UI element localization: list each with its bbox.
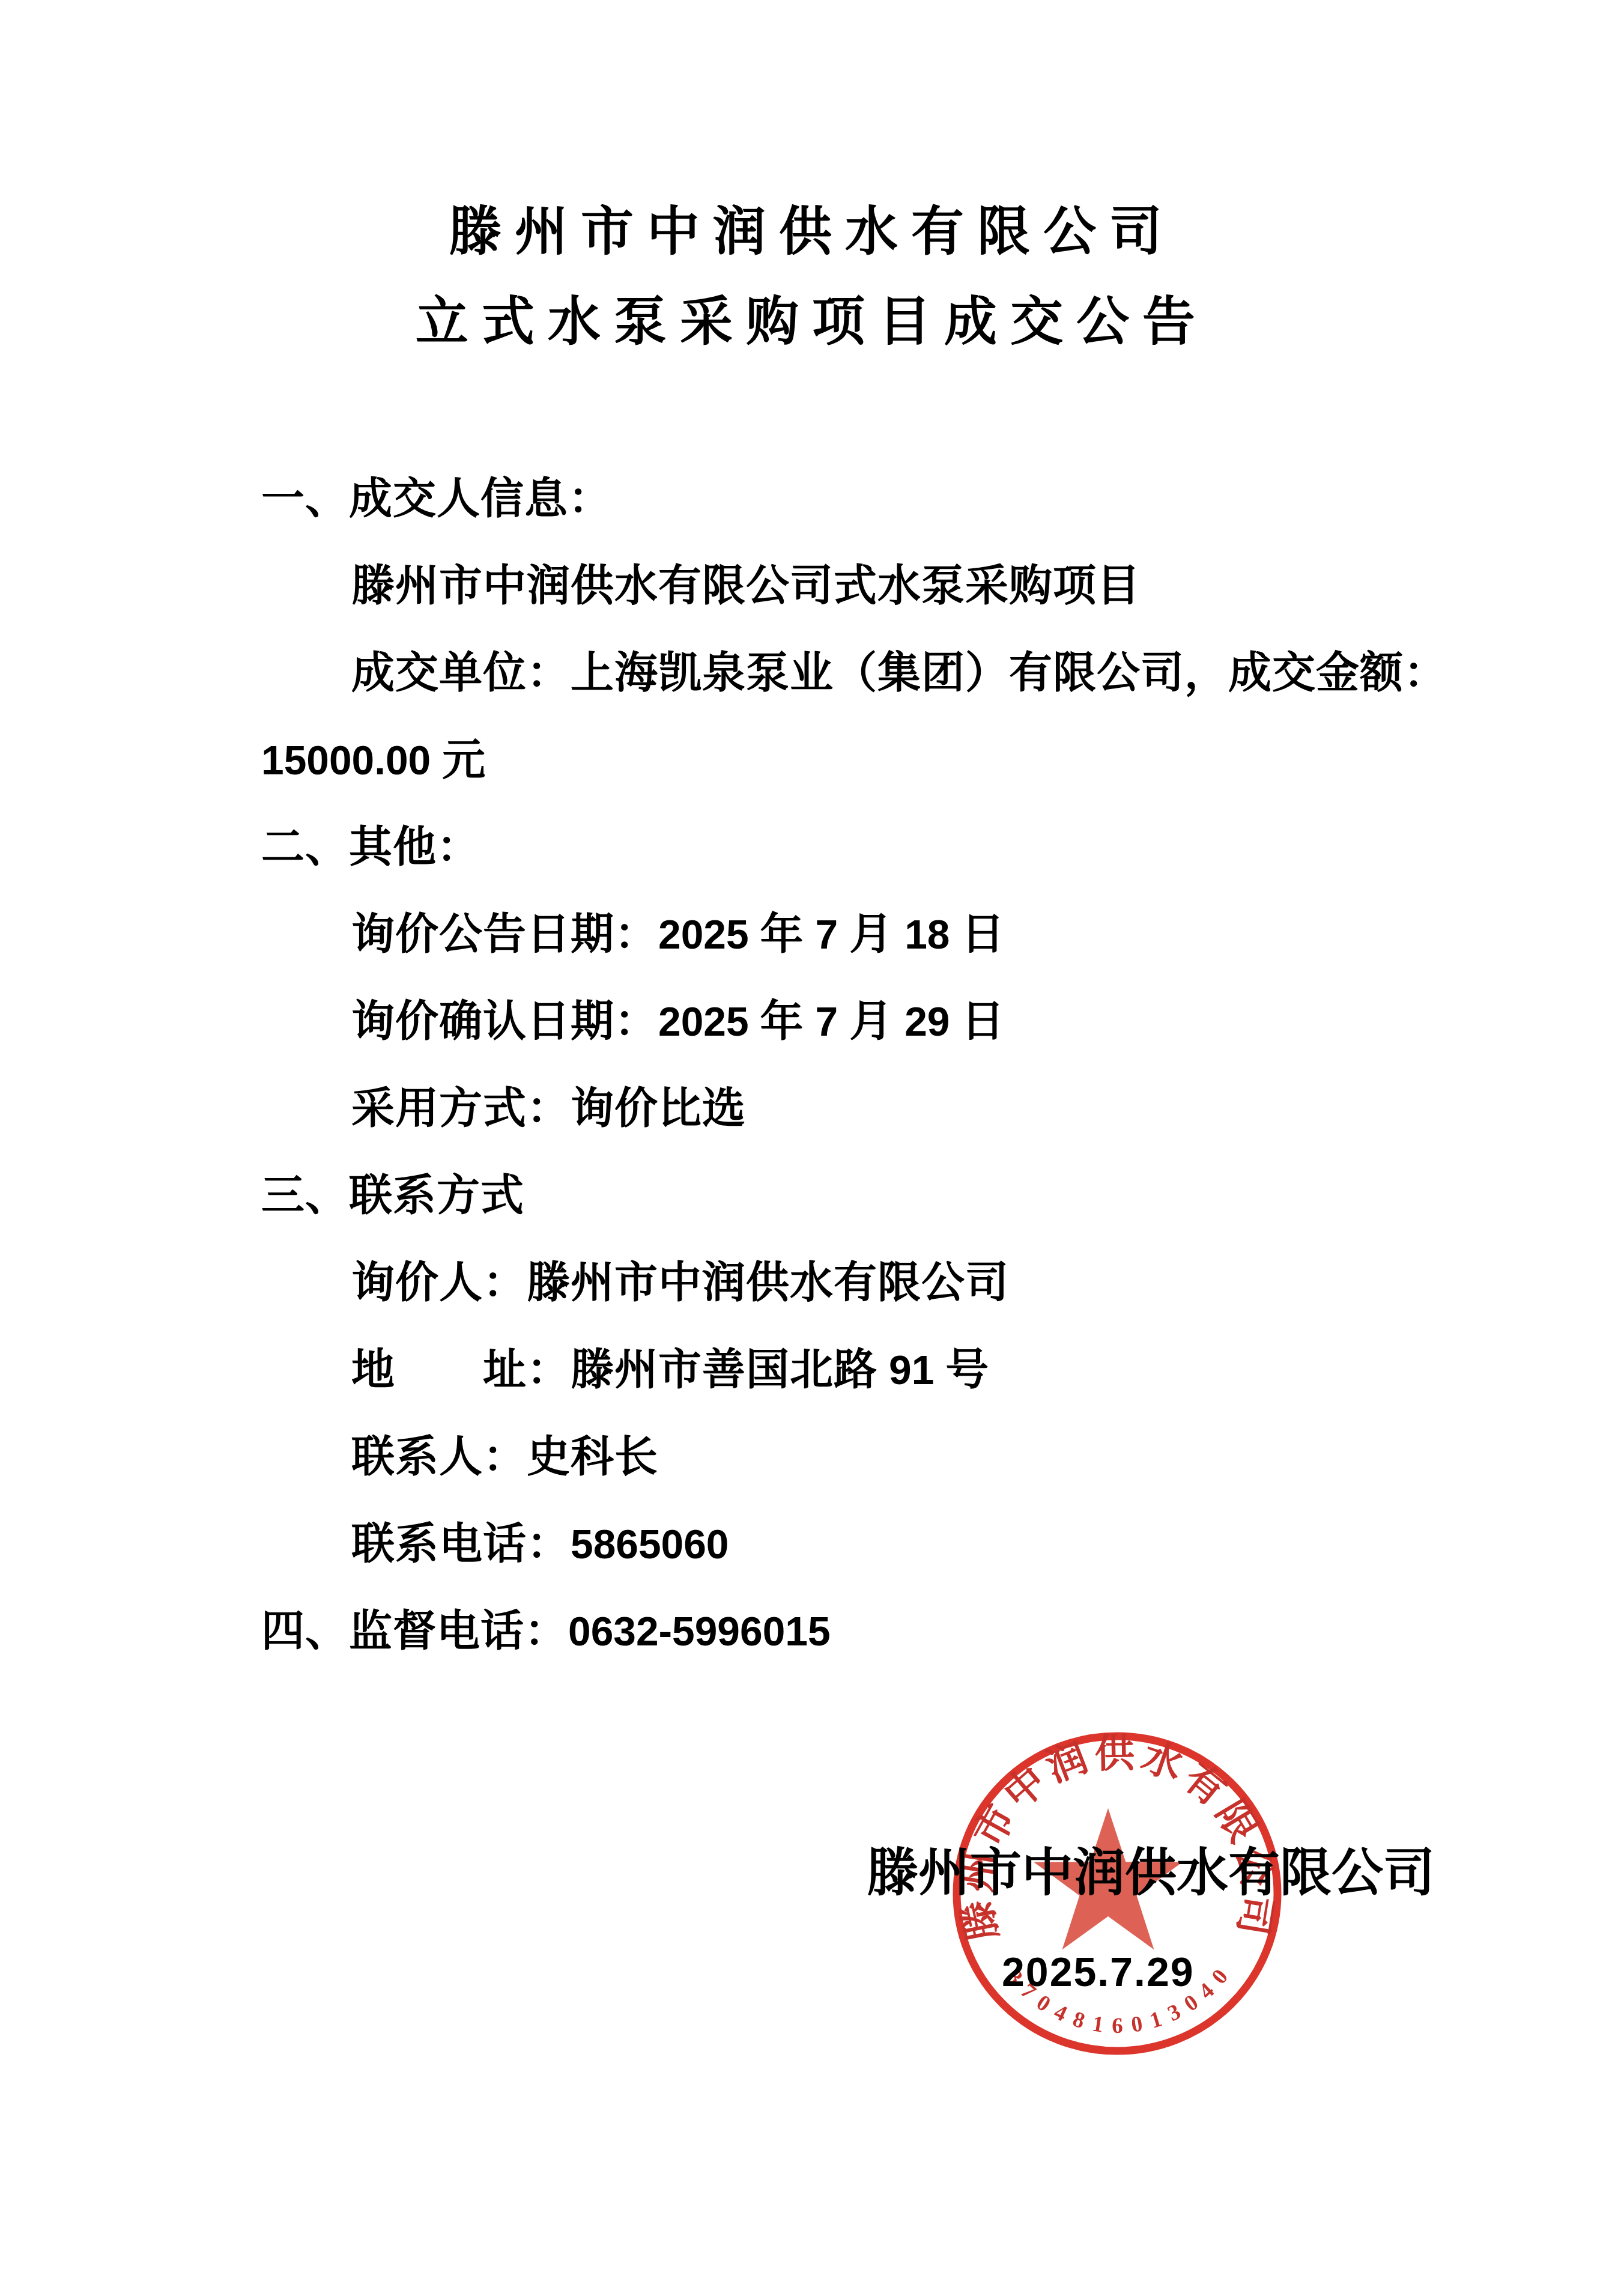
amount-line: 15000.00 元 [0,717,1624,804]
title-line-1: 滕州市中润供水有限公司 [0,187,1624,278]
section-2-heading: 二、其他： [0,804,1624,891]
inquiry-announce-date: 询价公告日期：2025 年 7 月 18 日 [0,891,1624,978]
contact-phone-line: 联系电话：5865060 [0,1501,1624,1588]
title-line-2: 立式水泵采购项目成交公告 [0,278,1624,368]
procurement-method-line: 采用方式：询价比选 [0,1065,1624,1152]
inquiry-confirm-date: 询价确认日期：2025 年 7 月 29 日 [0,978,1624,1065]
address-line: 地 址：滕州市善国北路 91 号 [0,1326,1624,1414]
document-page: 滕州市中润供水有限公司 立式水泵采购项目成交公告 一、成交人信息： 滕州市中润供… [0,0,1624,2278]
inquirer-line: 询价人：滕州市中润供水有限公司 [0,1239,1624,1326]
document-title: 滕州市中润供水有限公司 立式水泵采购项目成交公告 [0,187,1624,368]
winning-supplier-line: 成交单位：上海凯泉泵业（集团）有限公司，成交金额： [0,630,1624,717]
seal-star-icon [1034,1808,1182,1949]
section-4-supervise-line: 四、监督电话：0632-5996015 [0,1588,1624,1675]
contact-person-line: 联系人：史科长 [0,1414,1624,1501]
project-name-line: 滕州市中润供水有限公司式水泵采购项目 [0,542,1624,630]
document-body: 一、成交人信息： 滕州市中润供水有限公司式水泵采购项目 成交单位：上海凯泉泵业（… [0,455,1624,1675]
section-3-heading: 三、联系方式 [0,1152,1624,1239]
company-seal: 滕州市中润供水有限公司 3704816013040 [948,1728,1286,2059]
section-1-heading: 一、成交人信息： [0,455,1624,542]
